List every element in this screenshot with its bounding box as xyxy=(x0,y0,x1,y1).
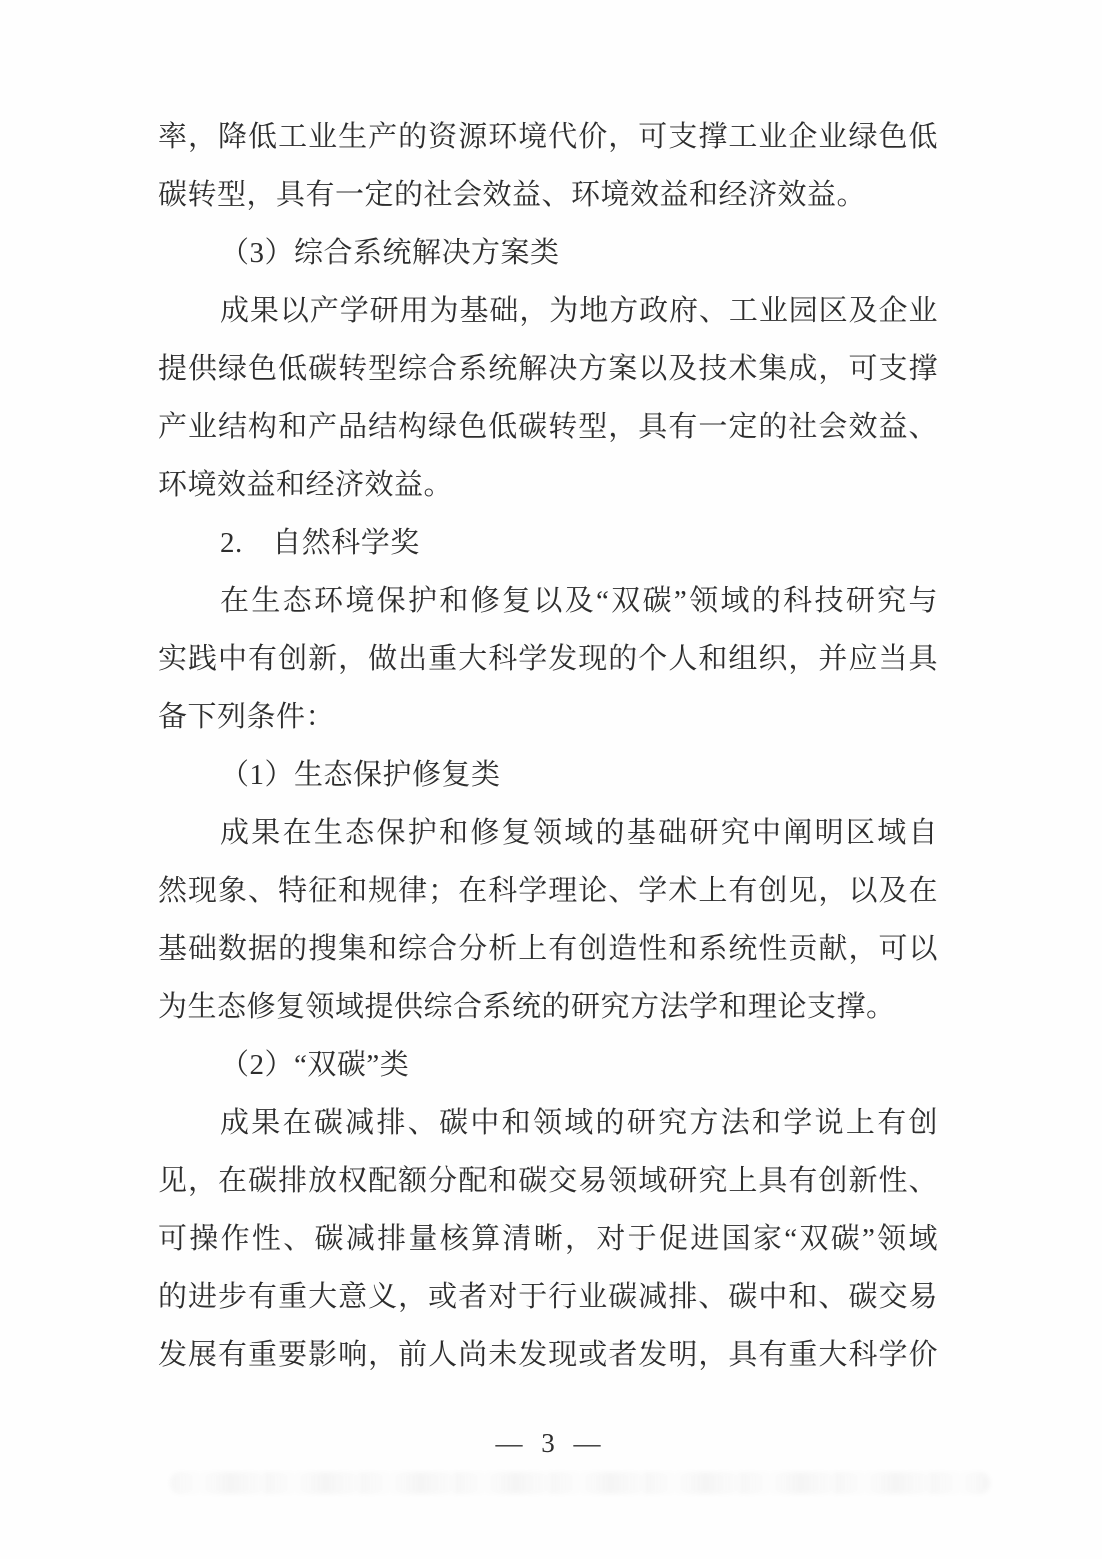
text-line: 成果在生态保护和修复领域的基础研究中阐明区域自 xyxy=(158,804,938,862)
text-block: 率，降低工业生产的资源环境代价，可支撑工业企业绿色低 碳转型，具有一定的社会效益… xyxy=(158,108,938,1384)
text-line: 成果以产学研用为基础，为地方政府、工业园区及企业 xyxy=(158,282,938,340)
text-line: 见，在碳排放权配额分配和碳交易领域研究上具有创新性、 xyxy=(158,1152,938,1210)
document-page: 率，降低工业生产的资源环境代价，可支撑工业企业绿色低 碳转型，具有一定的社会效益… xyxy=(0,0,1102,1559)
text-line: 备下列条件： xyxy=(158,688,938,746)
section-heading: （3）综合系统解决方案类 xyxy=(158,224,938,282)
text-line: 成果在碳减排、碳中和领域的研究方法和学说上有创 xyxy=(158,1094,938,1152)
text-line: 在生态环境保护和修复以及“双碳”领域的科技研究与 xyxy=(158,572,938,630)
text-line: 为生态修复领域提供综合系统的研究方法学和理论支撑。 xyxy=(158,978,938,1036)
text-line: 发展有重要影响，前人尚未发现或者发明，具有重大科学价 xyxy=(158,1326,938,1384)
text-line: 碳转型，具有一定的社会效益、环境效益和经济效益。 xyxy=(158,166,938,224)
text-line: 提供绿色低碳转型综合系统解决方案以及技术集成，可支撑 xyxy=(158,340,938,398)
section-heading: （1）生态保护修复类 xyxy=(158,746,938,804)
text-line: 基础数据的搜集和综合分析上有创造性和系统性贡献，可以 xyxy=(158,920,938,978)
text-line: 环境效益和经济效益。 xyxy=(158,456,938,514)
text-line: 率，降低工业生产的资源环境代价，可支撑工业企业绿色低 xyxy=(158,108,938,166)
text-line: 实践中有创新，做出重大科学发现的个人和组织，并应当具 xyxy=(158,630,938,688)
text-line: 然现象、特征和规律；在科学理论、学术上有创见，以及在 xyxy=(158,862,938,920)
scan-smudge-artifact xyxy=(170,1472,990,1494)
page-number: — 3 — xyxy=(0,1428,1102,1459)
text-line: 产业结构和产品结构绿色低碳转型，具有一定的社会效益、 xyxy=(158,398,938,456)
section-heading: 2. 自然科学奖 xyxy=(158,514,938,572)
section-heading: （2）“双碳”类 xyxy=(158,1036,938,1094)
text-line: 可操作性、碳减排量核算清晰，对于促进国家“双碳”领域 xyxy=(158,1210,938,1268)
text-line: 的进步有重大意义，或者对于行业碳减排、碳中和、碳交易 xyxy=(158,1268,938,1326)
